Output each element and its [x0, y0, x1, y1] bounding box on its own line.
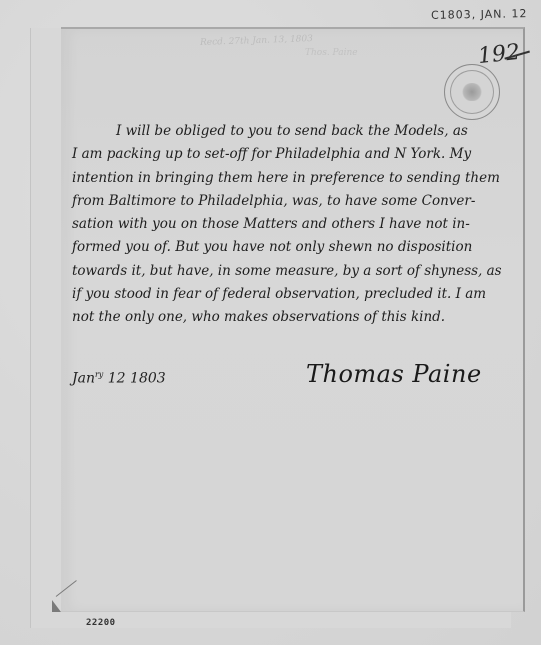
letter-line: intention in bringing them here in prefe… [72, 167, 502, 190]
letter-line: formed you of. But you have not only she… [72, 236, 502, 259]
date-month: Jan [72, 371, 95, 387]
date-rest: 12 1803 [103, 371, 165, 387]
folio-number: 192 [477, 40, 521, 69]
margin-tab-icon [52, 600, 61, 612]
letter-date: Janry 12 1803 [72, 370, 166, 387]
letter-line: sation with you on those Matters and oth… [72, 213, 502, 236]
archive-date-note: C1803, JAN. 12 [430, 7, 527, 22]
page-number: 22200 [86, 618, 116, 628]
letter-line: I will be obliged to you to send back th… [72, 120, 502, 143]
letter-line: towards it, but have, in some measure, b… [72, 260, 502, 283]
eagle-emblem-icon [461, 83, 483, 101]
letter-line: if you stood in fear of federal observat… [72, 283, 502, 306]
signature: Thomas Paine [306, 360, 482, 388]
letter-body: I will be obliged to you to send back th… [72, 120, 502, 330]
letter-line: from Baltimore to Philadelphia, was, to … [72, 190, 502, 213]
library-stamp-icon [444, 64, 500, 120]
letter-line: not the only one, who makes observations… [72, 306, 502, 329]
faint-endorsement-2: Thos. Paine [305, 48, 358, 58]
letter-line: I am packing up to set-off for Philadelp… [72, 143, 502, 166]
